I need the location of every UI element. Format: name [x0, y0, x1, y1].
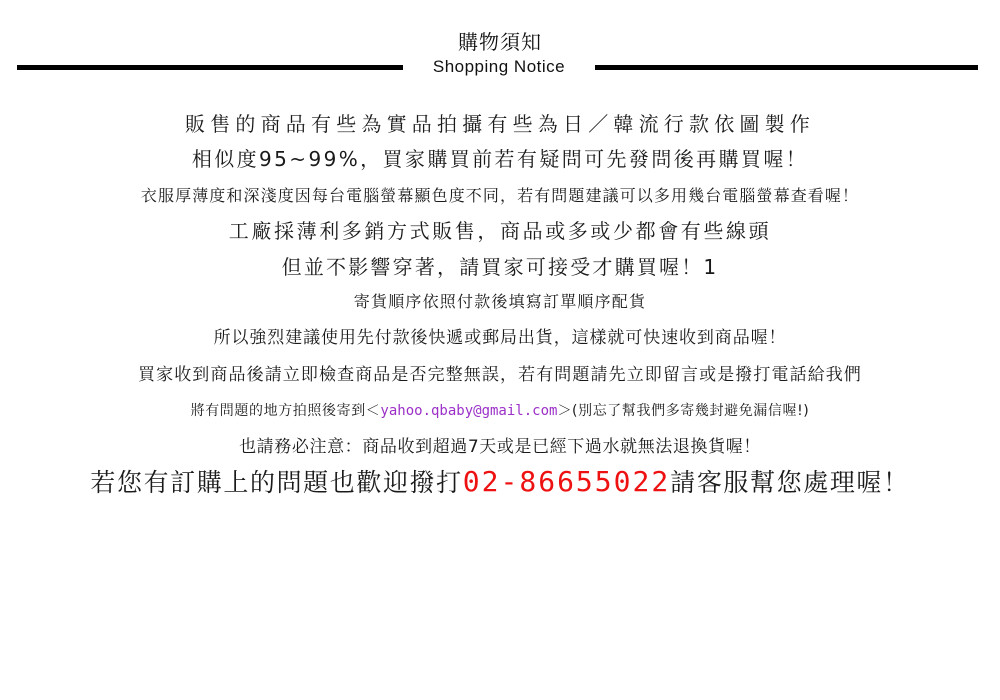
phone-prefix-text: 若您有訂購上的問題也歡迎撥打 [90, 468, 462, 497]
notice-line-color-display: 衣服厚薄度和深淺度因每台電腦螢幕顯色度不同，若有問題建議可以多用幾台電腦螢幕查看… [0, 185, 1000, 207]
notice-line-photo-email: 將有問題的地方拍照後寄到＜yahoo.qbaby@gmail.com＞(別忘了幫… [0, 400, 1000, 422]
title-chinese: 購物須知 [0, 30, 1000, 54]
notice-line-return-policy: 也請務必注意：商品收到超過7天或是已經下過水就無法退換貨喔！ [0, 436, 1000, 458]
email-prefix-text: 將有問題的地方拍照後寄到＜ [191, 403, 381, 419]
email-suffix-text: ＞(別忘了幫我們多寄幾封避免漏信喔!) [557, 403, 809, 419]
notice-line-similarity: 相似度95~99%，買家購買前若有疑問可先發問後再購買喔！ [0, 146, 1000, 172]
contact-email-link[interactable]: yahoo.qbaby@gmail.com [380, 403, 557, 419]
notice-line-accept-before-buy: 但並不影響穿著，請買家可接受才購買喔！1 [0, 254, 1000, 280]
notice-line-product-photos: 販售的商品有些為實品拍攝有些為日／韓流行款依圖製作 [0, 111, 1000, 137]
notice-line-customer-service: 若您有訂購上的問題也歡迎撥打02-86655022請客服幫您處理喔！ [0, 466, 1000, 499]
notice-header: 購物須知 Shopping Notice [0, 0, 1000, 90]
notice-line-loose-threads: 工廠採薄利多銷方式販售，商品或多或少都會有些線頭 [0, 218, 1000, 244]
notice-line-shipping-order: 寄貨順序依照付款後填寫訂單順序配貨 [0, 291, 1000, 313]
notice-line-prepay-recommend: 所以強烈建議使用先付款後快遞或郵局出貨，這樣就可快速收到商品喔！ [0, 327, 1000, 349]
divider-bar-right [595, 65, 978, 70]
phone-suffix-text: 請客服幫您處理喔！ [670, 468, 909, 497]
divider-bar-left [17, 65, 403, 70]
title-english: Shopping Notice [403, 57, 595, 77]
notice-line-inspect-goods: 買家收到商品後請立即檢查商品是否完整無誤，若有問題請先立即留言或是撥打電話給我們 [0, 364, 1000, 386]
customer-service-phone[interactable]: 02-86655022 [463, 465, 670, 498]
